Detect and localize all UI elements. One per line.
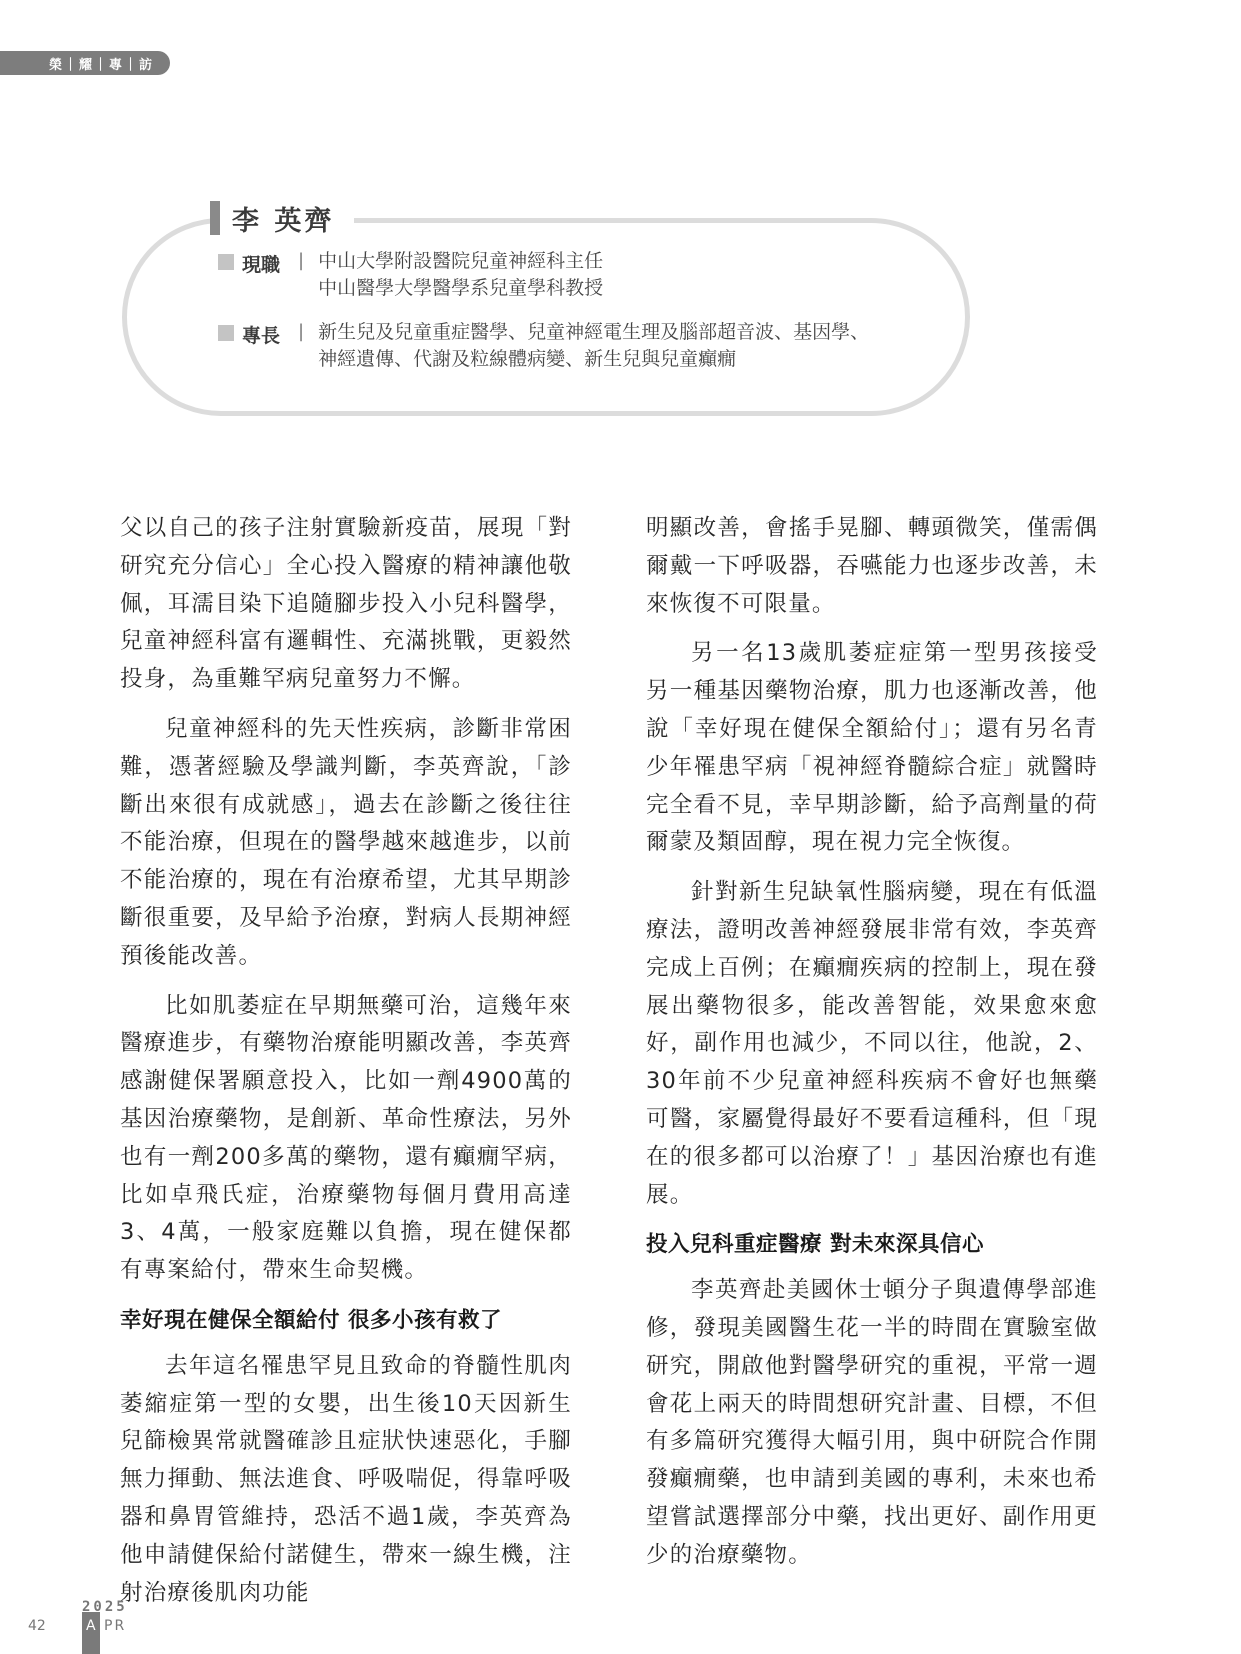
section-subheading: 幸好現在健保全額給付 很多小孩有救了 — [120, 1302, 572, 1340]
paragraph: 比如肌萎症在早期無藥可治，這幾年來醫療進步，有藥物治療能明顯改善，李英齊感謝健保… — [120, 988, 572, 1290]
profile-name: 李 英齊 — [232, 199, 334, 238]
paragraph: 兒童神經科的先天性疾病，診斷非常困難，憑著經驗及學識判斷，李英齊說，「診斷出來很… — [120, 711, 572, 976]
paragraph: 針對新生兒缺氧性腦病變，現在有低溫療法，證明改善神經發展非常有效，李英齊完成上百… — [646, 874, 1098, 1214]
row-line: 神經遺傳、代謝及粒線體病變、新生兒與兒童癲癇 — [318, 343, 869, 375]
paragraph: 李英齊赴美國休士頓分子與遺傳學部進修，發現美國醫生花一半的時間在實驗室做研究，開… — [646, 1272, 1098, 1574]
article-column-right: 明顯改善，會搖手晃腳、轉頭微笑，僅需偶爾戴一下呼吸器，吞嚥能力也逐步改善，未來恢… — [646, 510, 1098, 1587]
section-subheading: 投入兒科重症醫療 對未來深具信心 — [646, 1226, 1098, 1264]
profile-row-position: 現職 | 中山大學附設醫院兒童神經科主任 中山醫學大學醫學系兒童學科教授 — [218, 250, 603, 304]
name-accent-bar — [210, 201, 220, 235]
row-separator: | — [298, 321, 304, 342]
section-tab-label: 榮｜耀｜專｜訪 — [49, 54, 154, 73]
square-bullet-icon — [218, 325, 234, 341]
square-bullet-icon — [218, 254, 234, 270]
paragraph: 明顯改善，會搖手晃腳、轉頭微笑，僅需偶爾戴一下呼吸器，吞嚥能力也逐步改善，未來恢… — [646, 510, 1098, 623]
page-number: 42 — [28, 1618, 46, 1634]
issue-month-rest: PR — [104, 1618, 126, 1634]
issue-month-initial: A — [86, 1618, 96, 1634]
article-column-left: 父以自己的孩子注射實驗新疫苗，展現「對研究充分信心」全心投入醫療的精神讓他敬佩，… — [120, 510, 572, 1624]
profile-row-specialty: 專長 | 新生兒及兒童重症醫學、兒童神經電生理及腦部超音波、基因學、 神經遺傳、… — [218, 321, 869, 375]
profile-name-header: 李 英齊 — [210, 198, 354, 238]
paragraph: 父以自己的孩子注射實驗新疫苗，展現「對研究充分信心」全心投入醫療的精神讓他敬佩，… — [120, 510, 572, 699]
row-label: 現職 — [242, 250, 290, 277]
paragraph: 另一名13歲肌萎症症第一型男孩接受另一種基因藥物治療，肌力也逐漸改善，他說「幸好… — [646, 635, 1098, 862]
section-tab: 榮｜耀｜專｜訪 — [0, 51, 170, 75]
row-separator: | — [298, 250, 304, 271]
row-label: 專長 — [242, 321, 290, 348]
row-line: 中山醫學大學醫學系兒童學科教授 — [318, 272, 603, 304]
paragraph: 去年這名罹患罕見且致命的脊髓性肌肉萎縮症第一型的女嬰，出生後10天因新生兒篩檢異… — [120, 1348, 572, 1613]
